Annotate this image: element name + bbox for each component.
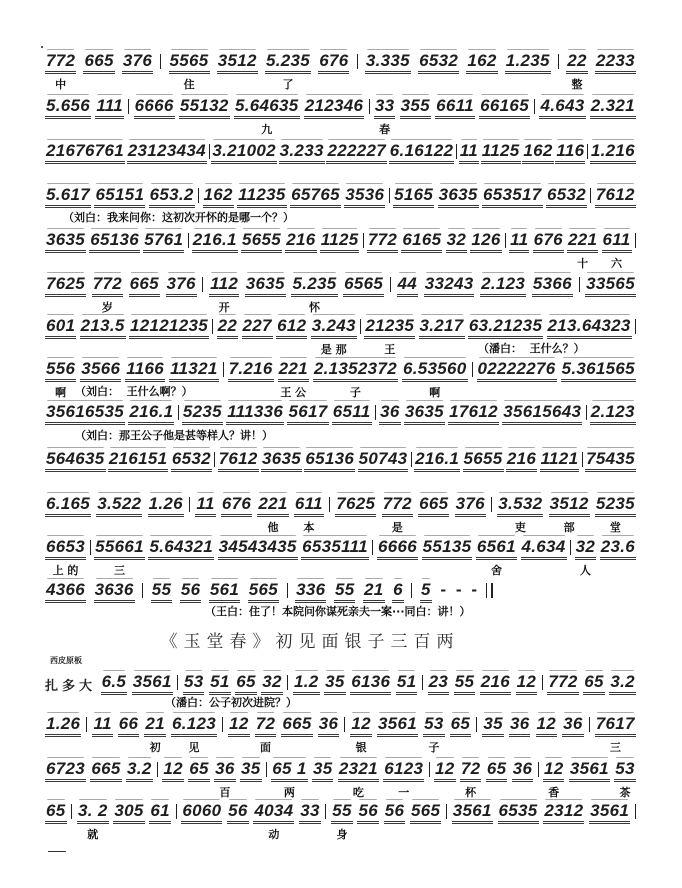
note-group: 12 [162,760,184,782]
lyric: 春 [379,121,390,137]
note-group-digits: 4366 [45,581,86,603]
note-group-digits: 1.26 [45,715,81,737]
lyric: 部 [564,519,575,535]
note-group-digits: 5.235 [265,52,311,74]
note-group-digits: 5 [420,581,432,603]
note-group: 5.235怀 [291,275,337,297]
note-group-digits: 3636 [94,581,135,603]
note-group: 5.656 [45,97,91,119]
note-group-digits: 11 [459,142,479,164]
note-group: 65 [45,802,67,824]
note-group: 221十 [567,231,598,253]
note-group: 336 [295,581,326,603]
note-group: 65 1两 [271,760,307,782]
barline [176,804,177,819]
note-group-digits: 665 [418,495,449,517]
note-group-digits: 162 [522,142,553,164]
staff-line: 扎多大6.53561535165321.23561365123552161277… [45,673,636,693]
staff-line: 653. 2就305616060564034动3355身565656535616… [45,802,636,822]
note-group: 5655 [241,231,282,253]
note-group: 5.235了 [265,52,311,74]
note-group-digits: 3.522 [96,495,142,517]
note-group-digits: 6136 [350,673,391,695]
note-group: 3635 [261,450,302,472]
barline [157,762,158,777]
note-group-digits: 32 [261,673,283,695]
note-group: 2.1352372子 [313,360,398,382]
note-group-digits: 213.5 [80,317,126,339]
note-group-digits: 772 [547,673,578,695]
note-group-digits: 56 [227,802,249,824]
spoken-annotation: （潘白： 王什么？） [478,340,585,356]
note-group-digits: 3635 [404,403,445,425]
note-group-digits: 216 [285,231,316,253]
note-group: 55 [151,581,173,603]
note-group-digits: 565 [248,581,279,603]
note-group-digits: 11 [509,231,529,253]
piece-title: 《玉堂春》初见面银子三百两 [0,627,620,652]
note-group: 12 [434,760,456,782]
note-group: 51 [209,673,231,695]
note-group: 3635 [404,403,445,425]
lyric: 整 [571,76,582,92]
note-group: 216.1 [414,450,460,472]
barline [71,804,72,819]
lyric: 动 [268,826,279,842]
note-group-digits: 5761 [143,231,184,253]
lyric: 啊 [55,384,66,400]
note-group: 21676761 [45,142,125,164]
barline [429,762,430,777]
note-group: 653.2 [149,186,195,208]
note-group-digits: 6.5 [101,673,128,695]
note-group-digits: 65 [450,715,472,737]
note-group-digits: 6666 [134,97,175,119]
footer-mark [48,851,66,852]
note-group: 1.26 [148,495,184,517]
note-group-digits: 6.53560 [402,360,468,382]
note-group: 5617 [287,403,328,425]
note-group: 55132 [179,97,230,119]
staff-line: 6.1653.5221.2611676221他611本7625772是66537… [45,495,636,515]
note-group-digits: 221 [567,231,598,253]
lyric: 茶 [620,784,631,800]
note-group-digits: 12 [543,760,565,782]
note-group-digits: 111336 [226,403,284,425]
lyric: 子 [350,384,361,400]
note-group-digits: 22 [566,52,588,74]
note-group-digits: 36 [509,715,531,737]
note-group-digits: 35 [324,673,346,695]
lyric: 就 [87,826,98,842]
note-group: 6136 [350,673,391,695]
note-group-digits: 35616535 [45,403,125,425]
note-group-digits: 6535 [498,802,539,824]
note-group-digits: 3. 2 [77,802,109,824]
note-group: 611六 [602,231,632,253]
note-group: 35615643 [502,403,582,425]
note-group: 23.6 [600,538,636,560]
note-group-digits: 376 [122,52,153,74]
note-group-digits: 11235 [237,186,287,208]
note-group: 33 [299,802,321,824]
lyric: 中 [55,76,66,92]
note-group-digits: 53 [423,715,445,737]
note-group: 6165 [401,231,442,253]
note-group-digits: 3.532 [497,495,543,517]
note-group-digits: 56 [357,802,379,824]
note-group: 44 [397,275,419,297]
barline [390,277,391,292]
spoken-annotation: （王白：住了！本院问你谋死亲夫一案···同白：讲！） [205,603,471,619]
lyric: 吃 [353,784,364,800]
note-group: 212346 [304,97,365,119]
note-group-digits: 112 [209,275,239,297]
note-group-digits: 216 [480,673,511,695]
note-group-digits: 3536 [344,186,385,208]
note-group: 11321 [169,360,219,382]
note-group-digits: 65 [235,673,257,695]
note-group-digits: 5565 [169,52,210,74]
note-group-digits: 3512 [549,495,590,517]
spoken-annotation: （潘白：公子初次进院？） [165,694,297,710]
note-group: 665 [418,495,449,517]
note-group-digits: 653517 [482,186,543,208]
note-group: 36 [509,715,531,737]
note-group: 564635 [45,450,106,472]
note-group-digits: 34543435 [218,538,298,560]
note-group-digits: 772 [45,52,76,74]
note-group-digits: 3.243 [311,317,357,339]
barline [635,233,636,248]
note-group: 305 [113,802,144,824]
barline [534,99,535,114]
note-group: 3.233 [279,142,325,164]
barline [212,319,213,334]
note-group-digits: 6723 [45,760,86,782]
note-group: 5235 [182,403,223,425]
note-group: 3561 [132,673,173,695]
note-group-digits: 23123434 [127,142,207,164]
note-group: 1.2 [293,673,320,695]
note-group: 6532 [171,450,212,472]
note-group-digits: 561 [209,581,240,603]
note-group-digits: 213.64323 [547,317,632,339]
note-group: 665 [90,760,121,782]
note-group-digits: 1.26 [148,495,184,517]
lyric: 面 [260,739,271,755]
note-group-digits: 66 [118,715,140,737]
staff-line: 1.26116621初6.123见1272面6653612银356153子653… [45,715,636,735]
barline [287,583,288,598]
note-group: 65 [235,673,257,695]
note-group: 6653上 的 [45,538,86,560]
note-group: 36 [562,715,584,737]
note-group: 676 [533,231,564,253]
note-group-digits: 336 [295,581,326,603]
lyric: 人 [580,562,591,578]
barline [357,54,358,69]
note-group-digits: 212346 [304,97,365,119]
note-group: 66165 [479,97,530,119]
spoken-annotation: （刘白：那王公子他是甚等样人？讲！） [75,427,273,443]
lyric: 上 的 [53,562,79,578]
note-group: 6123一 [383,760,424,782]
note-group-digits: 12 [536,715,558,737]
note-group-digits: 5235 [595,495,636,517]
note-group-digits: 221 [278,360,309,382]
barline [375,405,376,420]
note-group-digits: 1.235 [505,52,551,74]
note-group-digits: 162 [203,186,234,208]
lyric: 住 [184,76,195,92]
note-group: 6611 [435,97,475,119]
lyric: 见 [188,739,199,755]
note-group-digits: 665 [281,715,312,737]
note-group: 4.634 [521,538,567,560]
note-group: 2.123 [590,403,636,425]
note-group-digits: 23.6 [600,538,636,560]
note-group-digits: 12 [162,760,184,782]
staff-line: 3635651365761216.15655216112577261653212… [45,231,636,251]
note-group: 1125 [481,142,521,164]
sustain-dash: - [455,581,463,600]
barline [189,497,190,512]
note-group-digits: 6532 [418,52,459,74]
note-group-digits: 6565 [343,275,384,297]
note-group: 772是 [382,495,413,517]
note-group: 35 [324,673,346,695]
note-group-digits: 35615643 [502,403,582,425]
note-group: 5565住 [169,52,210,74]
note-group-digits: 305 [113,802,144,824]
note-group-digits: 6123 [383,760,424,782]
note-group: 65151 [94,186,145,208]
barline [579,277,580,292]
note-group-digits: 2.1352372 [313,360,398,382]
note-group: 355 [400,97,431,119]
note-group-digits: 611 [294,495,324,517]
note-group: 4366 [45,581,86,603]
note-group: 3. 2就 [77,802,109,824]
note-group: 3512 [217,52,258,74]
staff-line: 5646352161516532761236356513650743216.15… [45,450,636,470]
note-group: 6532 [418,52,459,74]
note-group: 56 [180,581,202,603]
note-group: 7625 [335,495,376,517]
lyric: 啊 [429,384,440,400]
note-group: 55 [334,581,356,603]
note-group-digits: 6.165 [45,495,91,517]
note-group-digits: 5.235 [291,275,337,297]
barline [411,452,412,467]
note-group: 6060 [181,802,222,824]
note-group: 1.26 [45,715,81,737]
note-group-digits: 3.217 [419,317,465,339]
lyric: 香 [548,784,559,800]
note-group: 6565 [343,275,384,297]
note-group-digits: - [470,581,478,600]
note-group-digits: 72 [255,715,277,737]
lyric: 王 公 [280,384,306,400]
barline [589,717,590,732]
barline [476,717,477,732]
note-group: 3.522 [96,495,142,517]
note-group-digits: 6532 [171,450,212,472]
barline [570,540,571,555]
barline [360,319,361,334]
note-group-digits: 51 [396,673,418,695]
note-group: 66 [118,715,140,737]
note-group-digits: 36 [562,715,584,737]
note-group: 22 [217,317,239,339]
note-group-digits: 4.643 [539,97,585,119]
note-group-digits: 35 [240,760,262,782]
note-group-digits: 653.2 [149,186,195,208]
barline [177,675,178,690]
note-group-digits: 676 [318,52,349,74]
lyric: 本 [303,519,314,535]
note-group: 3636 [94,581,135,603]
note-group: 653517 [482,186,543,208]
note-group: 65 [450,715,472,737]
note-group-digits: 564635 [45,450,106,472]
note-group: 772中 [45,52,76,74]
note-group-digits: 7612 [595,186,636,208]
note-group-digits: 3512 [217,52,258,74]
lyric: 堂 [610,519,621,535]
note-group: 12121235 [129,317,209,339]
note-group: 55 [454,673,476,695]
note-group: 55身 [331,802,353,824]
note-group-digits: 21 [144,715,166,737]
note-group: 221他 [257,495,288,517]
note-group-digits: 2.321 [590,97,636,119]
note-group-digits: 222227 [326,142,387,164]
note-group: 33春 [374,97,396,119]
lyric: 子 [428,739,439,755]
note-group-digits: 1166 [125,360,165,382]
note-group: 3635 [438,186,479,208]
note-group: 7617三 [595,715,636,737]
note-group-digits: 12 [228,715,250,737]
note-group-digits: 12 [350,715,372,737]
note-group: 216.1 [192,231,238,253]
note-group: 6666 [377,538,418,560]
note-group-digits: 65 [583,673,605,695]
barline [472,362,473,377]
barline [542,675,543,690]
note-group-digits: 11321 [169,360,219,382]
note-group-digits: 35 [312,760,334,782]
note-group-digits: 35 [482,715,504,737]
barline [325,804,326,819]
lyric: 十 [577,255,588,271]
barline [160,54,161,69]
barline [635,804,636,819]
note-group: 5.64635九 [234,97,300,119]
barline [558,54,559,69]
staff-line: 21676761231234343.210023.2332222276.1612… [45,142,636,162]
note-group: 7612 [595,186,636,208]
note-group: 772岁 [92,275,123,297]
note-group-digits: 355 [400,97,431,119]
note-group-digits: 53 [614,760,636,782]
note-group: 53子 [423,715,445,737]
note-group: 3566 [80,360,121,382]
note-group-digits: 2321 [338,760,379,782]
page-speck [41,46,43,48]
staff-line: 5.6561116666551325.64635九21234633春355661… [45,97,636,117]
note-group-digits: 5235 [182,403,223,425]
note-group-digits: 1.216 [590,142,636,164]
barline [188,233,189,248]
note-group-digits: 5617 [287,403,328,425]
note-group: 12 [536,715,558,737]
note-group: 50743 [358,450,409,472]
note-group: 213.5 [80,317,126,339]
note-group: 772 [547,673,578,695]
note-group-digits: - [455,581,463,600]
spoken-annotation: （刘白： 王什么啊？） [75,383,193,399]
note-group-digits: 72 [460,760,482,782]
lyric: 王 [384,341,395,357]
barline [456,144,457,159]
note-group: 11 [195,495,215,517]
note-group: 2.123 [480,275,526,297]
note-group: 3.2 [126,760,153,782]
note-group: 6535 [498,802,539,824]
lyric: 开 [219,299,230,315]
note-group-digits: 36 [512,760,534,782]
note-group-digits: 6666 [377,538,418,560]
note-group-digits: 4.634 [521,538,567,560]
note-group-digits: 23 [428,673,450,695]
barline [372,540,373,555]
barline [214,452,215,467]
note-group-digits: - [439,581,447,600]
barline [411,583,412,598]
staff-line: 601213.512121235222276123.243是 那21235王3.… [45,317,636,337]
note-group: 12 [516,673,538,695]
note-group: 5.361565 [561,360,636,382]
note-group-digits: 772 [382,495,413,517]
note-group: 72杯 [460,760,482,782]
note-group-digits: 676 [533,231,564,253]
lyric: 三 [114,562,125,578]
note-group: 216 [480,673,511,695]
note-group-digits: 5165 [393,186,434,208]
note-group-digits: 5.656 [45,97,91,119]
note-group: 11235 [237,186,287,208]
note-group: 33243 [424,275,475,297]
note-group-digits: 376 [166,275,197,297]
note-group: 7.216 [228,360,274,382]
note-group: 6561舍 [476,538,517,560]
note-group: 6535111 [301,538,369,560]
note-group-digits: 33 [374,97,396,119]
note-group-digits: 1125 [481,142,521,164]
note-group-digits: 7625 [45,275,86,297]
note-group-digits: 216.1 [128,403,174,425]
lyric: 两 [284,784,295,800]
note-group: 32 [446,231,468,253]
staff-line: 772中6653765565住35125.235了6763.3356532162… [45,52,636,72]
note-group-digits: 65151 [94,186,145,208]
barline [209,144,210,159]
note-group: 611本 [294,495,324,517]
note-group: 6.16122 [389,142,455,164]
